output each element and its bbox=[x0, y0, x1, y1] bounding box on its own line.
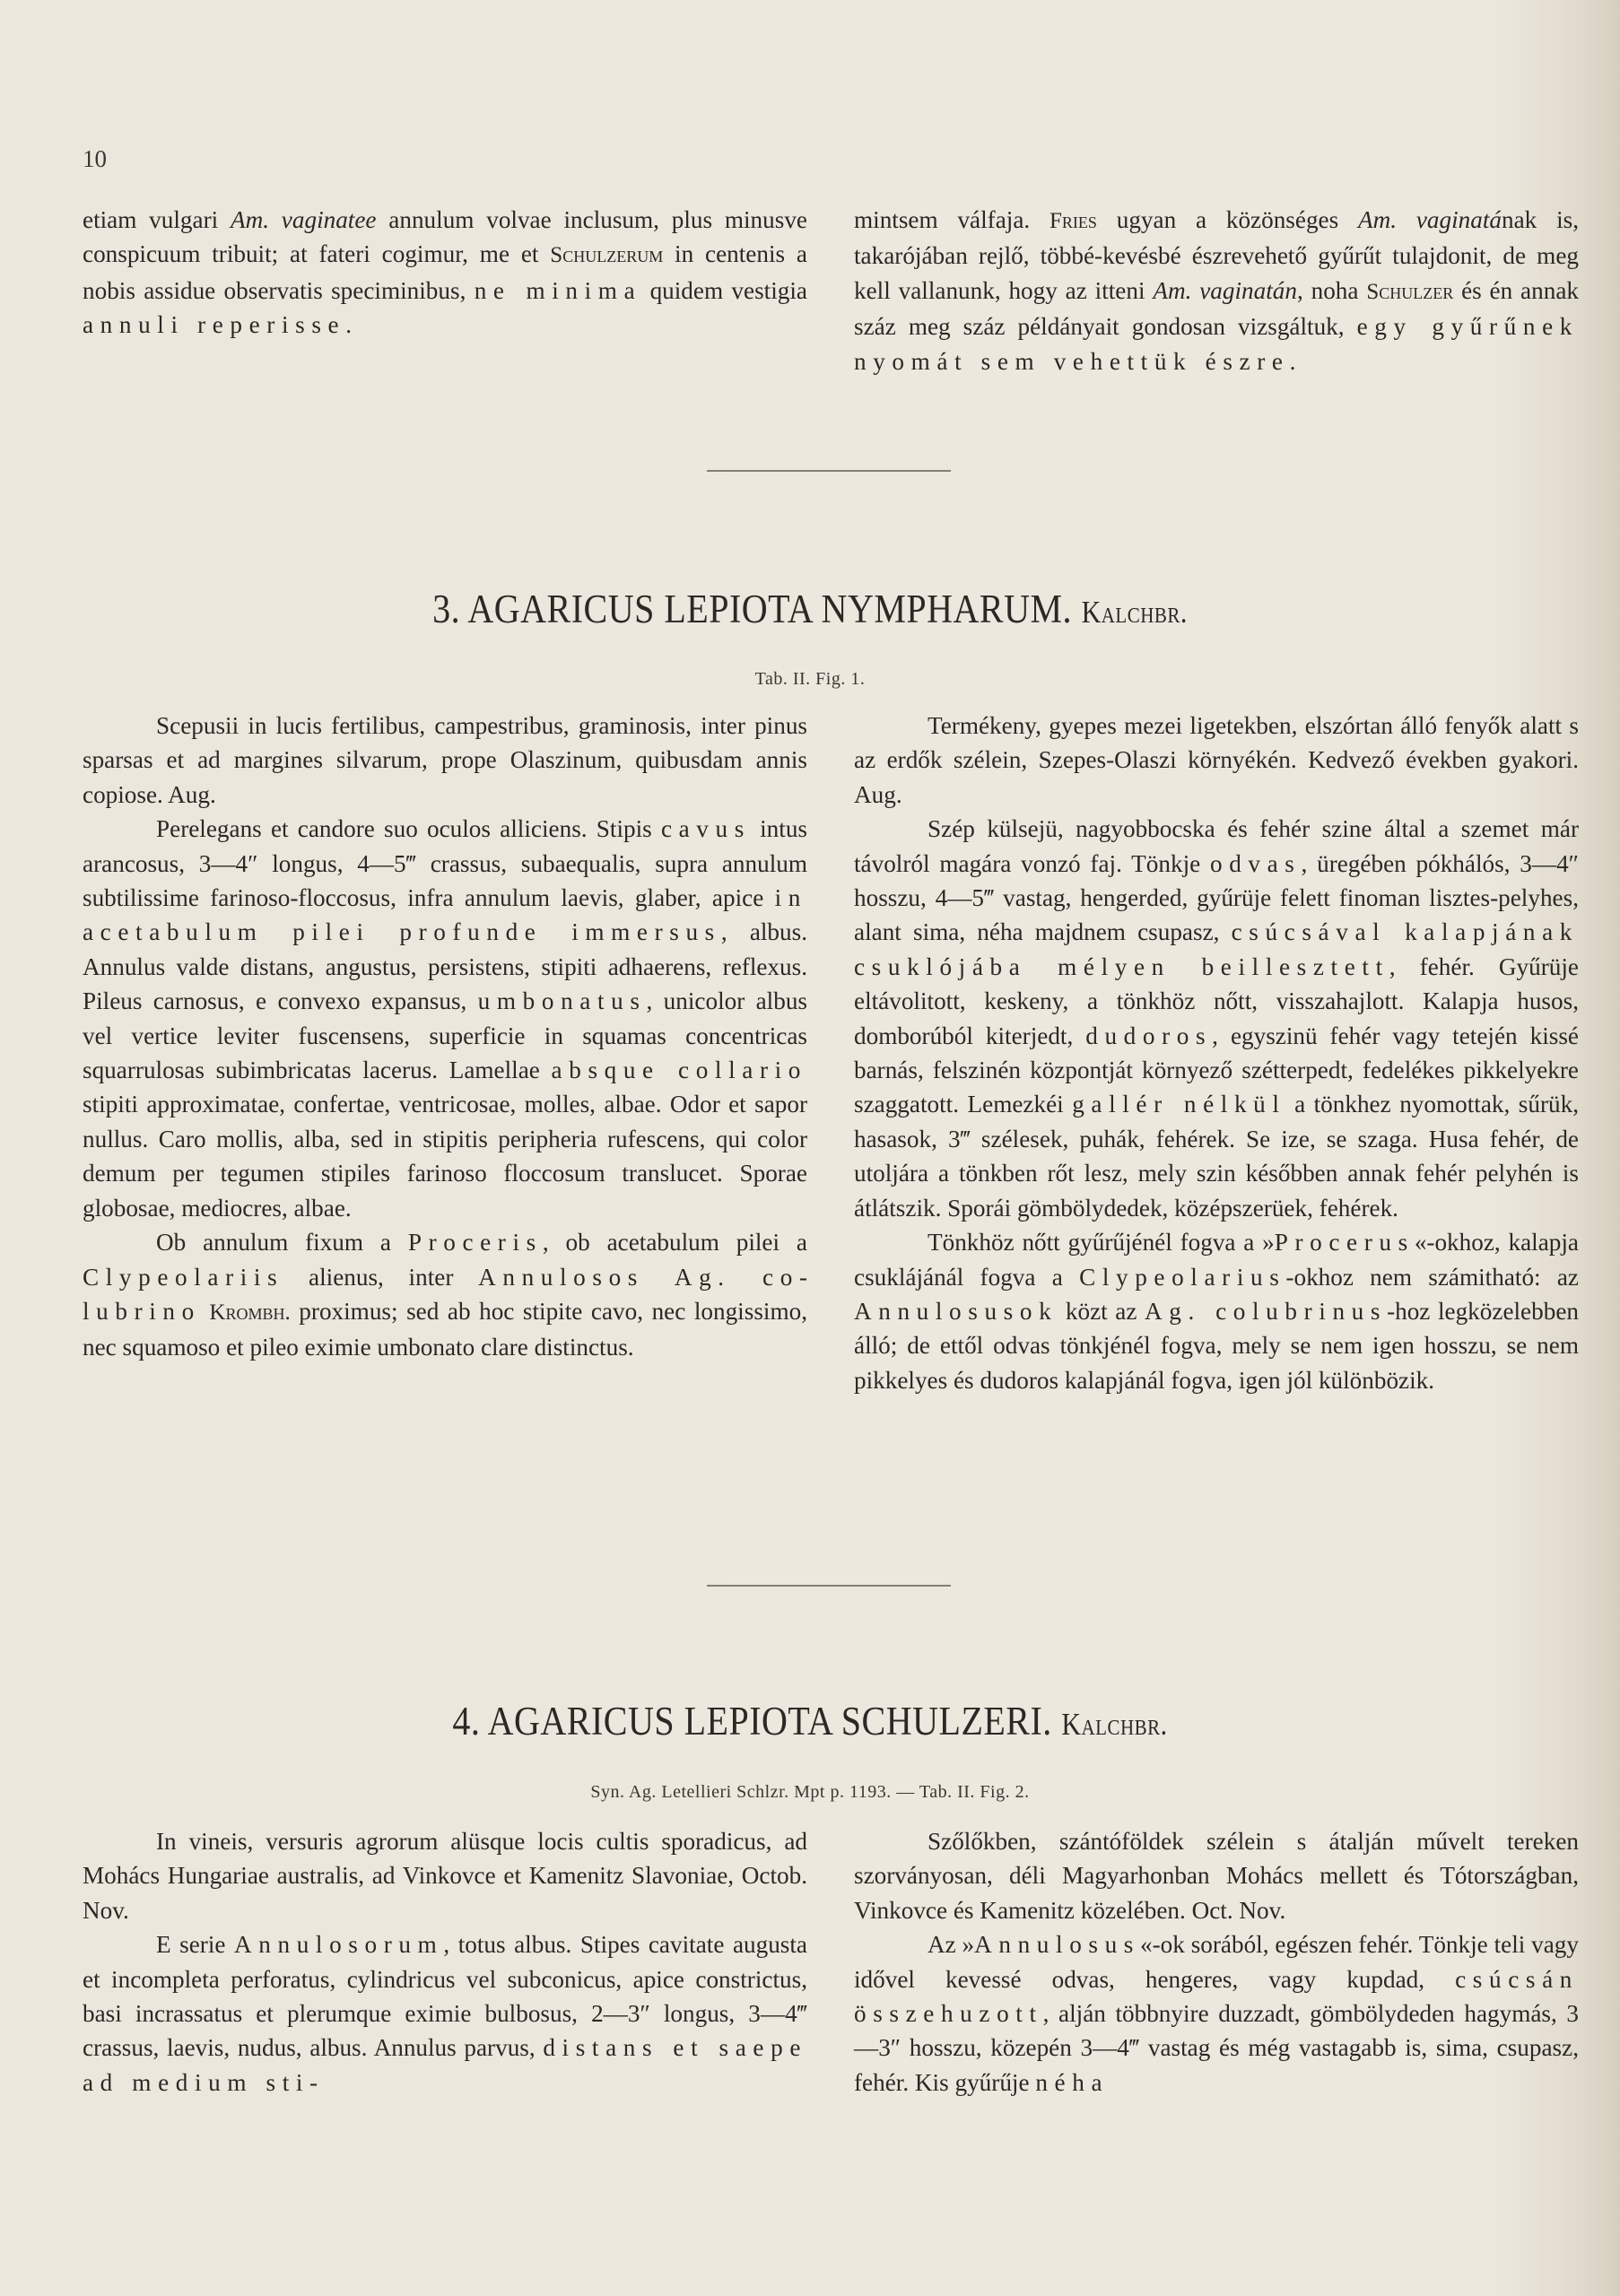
section-3-title: 3. AGARICUS LEPIOTA NYMPHARUM. bbox=[432, 586, 1072, 632]
comparison-paragraph: Tönkhöz nőtt gyűrűjénél fogva a »Proceru… bbox=[854, 1225, 1579, 1397]
text: , noha bbox=[1297, 277, 1366, 304]
latin-column: etiam vulgari Am. vaginatee annulum volv… bbox=[83, 203, 807, 378]
emphasis-text: annuli reperisse. bbox=[83, 311, 359, 338]
latin-continuation-paragraph: etiam vulgari Am. vaginatee annulum volv… bbox=[83, 203, 807, 343]
section-3-author: Kalchbr. bbox=[1082, 596, 1188, 630]
section-4-body: In vineis, versuris agrorum alüsque loci… bbox=[83, 1824, 1579, 2100]
continuation-block: etiam vulgari Am. vaginatee annulum volv… bbox=[83, 203, 1579, 378]
section-3-body: Scepusii in lucis fertilibus, campestrib… bbox=[83, 709, 1579, 1397]
text: Tönkhöz nőtt gyűrűjénél fogva a » bbox=[928, 1229, 1275, 1256]
section-4-title: 4. AGARICUS LEPIOTA SCHULZERI. bbox=[452, 1698, 1052, 1744]
text: sti­piti approximatae, confertae, ventri… bbox=[83, 1091, 807, 1221]
text: , ob acetabulum pilei a bbox=[543, 1229, 807, 1256]
text: -okhoz nem számitható: az bbox=[1285, 1264, 1579, 1291]
description-paragraph: Az »Annulosus«-ok sorából, egészen fehér… bbox=[854, 1927, 1579, 2100]
comparison-paragraph: Ob annulum fixum a Proceris, ob acetabul… bbox=[83, 1225, 807, 1365]
species-name: Am. vaginatee bbox=[231, 206, 377, 233]
section-4-reference: Syn. Ag. Letellieri Schlzr. Mpt p. 1193.… bbox=[0, 1782, 1620, 1803]
emphasis-text: gallér nélkül bbox=[1072, 1091, 1285, 1118]
emphasis-text: Annulosorum bbox=[234, 1931, 443, 1958]
author-name: Schulzer bbox=[1366, 280, 1453, 304]
text: E serie bbox=[156, 1931, 234, 1958]
latin-column: In vineis, versuris agrorum alüsque loci… bbox=[83, 1824, 807, 2100]
section-divider bbox=[707, 1585, 951, 1587]
hungarian-continuation-paragraph: mintsem válfaja. Fries ugyan a közönsége… bbox=[854, 203, 1579, 378]
habitat-paragraph: Termékeny, gyepes mezei ligetekben, elsz… bbox=[854, 709, 1579, 812]
text: alienus, inter bbox=[283, 1264, 478, 1291]
hungarian-column: Szőlőkben, szántóföldek szélein s átaljá… bbox=[854, 1824, 1579, 2100]
emphasis-text: Procerus bbox=[1275, 1229, 1415, 1256]
text: Ob annulum fixum a bbox=[156, 1229, 408, 1256]
emphasis-text: dudoros bbox=[1085, 1022, 1212, 1049]
author-name: Krombh. bbox=[209, 1300, 290, 1325]
description-paragraph: Szép külsejü, nagyobbocska és fehér szin… bbox=[854, 812, 1579, 1225]
species-name: Am. vaginatá bbox=[1358, 206, 1502, 233]
emphasis-text: Clypeolarius bbox=[1079, 1264, 1285, 1291]
emphasis-text: ne minima bbox=[475, 277, 642, 304]
emphasis-text: cavus bbox=[661, 815, 751, 842]
section-3-reference: Tab. II. Fig. 1. bbox=[0, 669, 1620, 690]
emphasis-text: umbonatus bbox=[478, 987, 647, 1014]
text: quidem vestigia bbox=[641, 277, 807, 304]
hungarian-column: Termékeny, gyepes mezei ligetekben, elsz… bbox=[854, 709, 1579, 1397]
emphasis-text: odvas bbox=[1210, 850, 1302, 877]
section-4-author: Kalchbr. bbox=[1061, 1708, 1167, 1742]
text: Perelegans et candore suo oculos allicie… bbox=[156, 815, 661, 842]
description-paragraph: Perelegans et candore suo oculos allicie… bbox=[83, 812, 807, 1225]
author-name: Schulzerum bbox=[550, 243, 663, 267]
text: ugyan a közönséges bbox=[1097, 206, 1358, 233]
emphasis-text: Clypeolariis bbox=[83, 1264, 283, 1291]
emphasis-text: néha bbox=[1035, 2069, 1109, 2096]
text: Az » bbox=[928, 1931, 974, 1958]
section-3-heading: 3. AGARICUS LEPIOTA NYMPHARUM. Kalchbr. bbox=[0, 584, 1620, 632]
habitat-paragraph: Scepusii in lucis fertilibus, campestrib… bbox=[83, 709, 807, 812]
species-name: Am. vagina­tán bbox=[1153, 277, 1297, 304]
section-divider bbox=[707, 470, 951, 472]
page-number: 10 bbox=[83, 145, 107, 173]
emphasis-text: Annulosusok bbox=[854, 1298, 1058, 1325]
author-name: Fries bbox=[1050, 209, 1097, 233]
section-4-heading: 4. AGARICUS LEPIOTA SCHULZERI. Kalchbr. bbox=[0, 1696, 1620, 1744]
habitat-paragraph: In vineis, versuris agrorum alüsque loci… bbox=[83, 1824, 807, 1927]
emphasis-text: Proceris bbox=[408, 1229, 543, 1256]
emphasis-text: absque collario bbox=[552, 1057, 807, 1083]
text: mintsem válfaja. bbox=[854, 206, 1050, 233]
text: közt az bbox=[1058, 1298, 1145, 1325]
description-paragraph: E serie Annulosorum, totus albus. Stipes… bbox=[83, 1927, 807, 2100]
habitat-paragraph: Szőlőkben, szántóföldek szélein s átaljá… bbox=[854, 1824, 1579, 1927]
latin-column: Scepusii in lucis fertilibus, campestrib… bbox=[83, 709, 807, 1397]
text bbox=[201, 1298, 210, 1325]
emphasis-text: Ag. colubrinus bbox=[1145, 1298, 1387, 1325]
hungarian-column: mintsem válfaja. Fries ugyan a közönsége… bbox=[854, 203, 1579, 378]
text: etiam vulgari bbox=[83, 206, 231, 233]
emphasis-text: Annulosus bbox=[974, 1931, 1140, 1958]
